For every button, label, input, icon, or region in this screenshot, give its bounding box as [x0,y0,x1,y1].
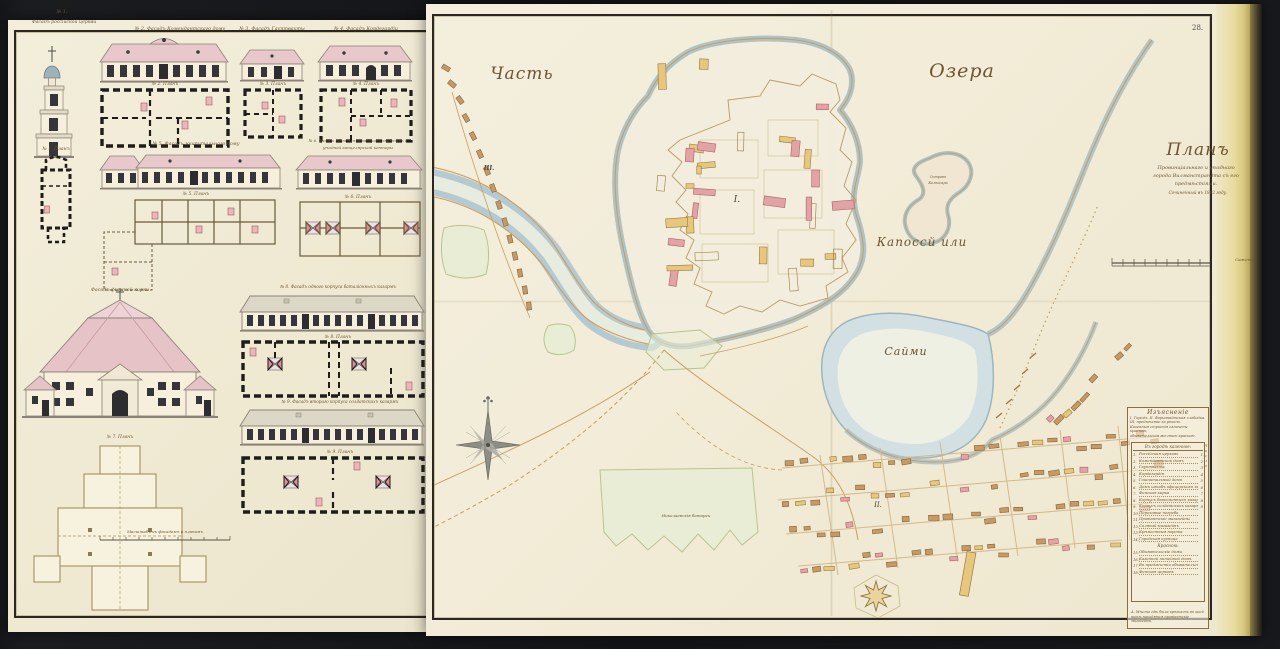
plan1-label: № 1. Планъ [42,148,69,153]
long-storehouse [959,551,976,596]
staff-quarters-facade [296,156,422,190]
plan9-label: № 9. Планъ [327,451,353,455]
legend-side-header: Число [1204,444,1208,469]
drafting-scale-label: Масштабъ къ фасадамъ и планамъ [127,530,203,534]
plan7-label: № 7. Планъ [107,436,133,440]
legend-row: 18. Финская церковь [1133,569,1203,576]
barracks1-facade [240,296,424,332]
legend-row-value: 8 [1198,498,1203,504]
legend-row-value: 6 [1198,485,1203,491]
shore-docks [996,353,1036,418]
map-title-line3: города Вилманстрандта съ его [1153,174,1239,179]
legend-row-value: 5 [1198,478,1203,484]
plan3-label: № 3. Планъ [260,83,286,87]
legend-rows-group1: 1. Россійская церковь 1 2. Комендантской… [1133,451,1203,542]
plan6-label: № 6. Планъ [345,196,371,200]
legend-column-header: Въ городѣ казенное: [1133,444,1203,451]
finnish-church-elevation [22,288,218,418]
star-fort [854,575,900,618]
lake-label-saimi: Сайми [884,346,927,357]
map-title-line2: Провинціальнаго и уѣзднаго [1157,166,1234,171]
facade6-label-line2: уѣздной канцелярской конторы [323,146,393,150]
legend-header: Изъясненіе [1128,409,1208,416]
legend-row-value: 9 [1198,504,1203,510]
facade8-label: № 8. Фасадъ одного корпуса баталіонныхъ … [280,285,396,289]
map-scale-label: Сажени [1235,258,1253,262]
fortress-peninsula [615,39,863,347]
map-title-line4: предмѣстіями. [1175,182,1218,187]
legend-row-value: 4 [1198,472,1203,478]
legend-items: Въ городѣ казенное: 1. Россійская церков… [1131,442,1205,602]
legend-row-value: 7 [1198,491,1203,497]
legend-row-value: 3 [1198,465,1203,471]
legend-intro4: обывательскія желтою краскою. [1130,434,1206,438]
facade3-label: № 3. Фасадъ Гауптвахты [239,28,305,33]
district3-numeral: III. [484,166,495,172]
island [905,153,972,244]
staff-quarters-plan [300,202,420,256]
meadow-label: Николаевскія батареи [662,514,711,518]
facade1-number: № 1. [56,10,67,15]
hospital-facade [100,155,282,190]
bell-tower-elevation [34,46,74,158]
legend-row-value: 2 [1198,459,1203,465]
barracks1-plan [243,342,423,396]
map-scale-bar [1112,258,1230,266]
legend-row: 14. Городская кузница [1133,536,1203,543]
plan5-label: № 5. Планъ [183,193,209,197]
legend-row-text: Финская церковь [1139,569,1198,576]
legend-section2-header: Красною: [1133,543,1203,548]
barracks2-plan [243,458,423,512]
lake-label-chast: Часть [490,66,553,83]
eastern-shoreline [988,40,1152,334]
lake-label-kapossi: Капоссй или [877,236,967,248]
finnish-church-plan [34,446,206,610]
facade6-label-line1: № 6. Фасадъ дома для штабскихъ квартиръ … [309,139,408,143]
legend-footnote-line2: нынѣ находятся провіантскіе магазейны. [1131,615,1205,624]
map-title-date: Сочиненный въ 1802 году. [1169,191,1228,195]
plan8-label: № 8. Планъ [325,336,351,340]
commandant-house-plan [102,90,228,146]
facade4-label: № 4. Фасадъ Кордегардіи [334,28,398,33]
drawing-layer [0,0,1280,649]
plan4-label: № 4. Планъ [353,83,379,87]
district1-numeral: I. [734,196,740,205]
legend-intro3: Казенныя строенія означены красною, [1130,425,1206,434]
facade1-label: Фасадъ россійской церкви [32,21,96,26]
legend-row-value: 1 [1198,452,1203,458]
manuscript-map-page: № 1. Фасадъ россійской церкви № 1. Планъ… [0,0,1280,649]
compass-rose [456,396,520,480]
facade2-label: № 2. Фасадъ Комендантскаго дому [135,28,225,33]
plan2-label: № 2. Планъ [152,83,178,87]
legend-rows-group2: 15. Обывательскіе домы 16. Казенной пите… [1133,549,1203,575]
legend-table: Изъясненіе I. Городъ. II. Форштадтская с… [1127,407,1209,629]
cordegarde-plan [321,90,411,141]
district2-numeral: II. [874,502,882,509]
island-label-line1: Островъ [930,176,946,179]
hospital-plan [104,200,275,290]
guardhouse-plan [245,90,301,137]
facade9-label: № 9. Фасадъ втораго корпуса солдатскихъ … [282,400,399,404]
facade5-label: № 5. Фасадъ гошпитальнаго дому [153,143,240,148]
island-label-line2: Келносари [928,182,947,185]
facade7-label: Фасадъ финской кирки [91,289,149,294]
guardhouse-facade [240,50,304,82]
page-number: 28. [1192,24,1203,32]
barracks2-facade [240,410,424,446]
cordegarde-facade [318,46,412,82]
map-title: Планъ [1166,142,1229,159]
lake-label-ozera: Озера [929,62,995,81]
commandant-house-facade [100,38,228,83]
legend-footnote: А. Мѣсто гдѣ была крѣпость въ коей нынѣ … [1131,610,1205,624]
russian-church-plan [42,157,70,242]
legend-row-text: Городская кузница [1139,536,1198,543]
